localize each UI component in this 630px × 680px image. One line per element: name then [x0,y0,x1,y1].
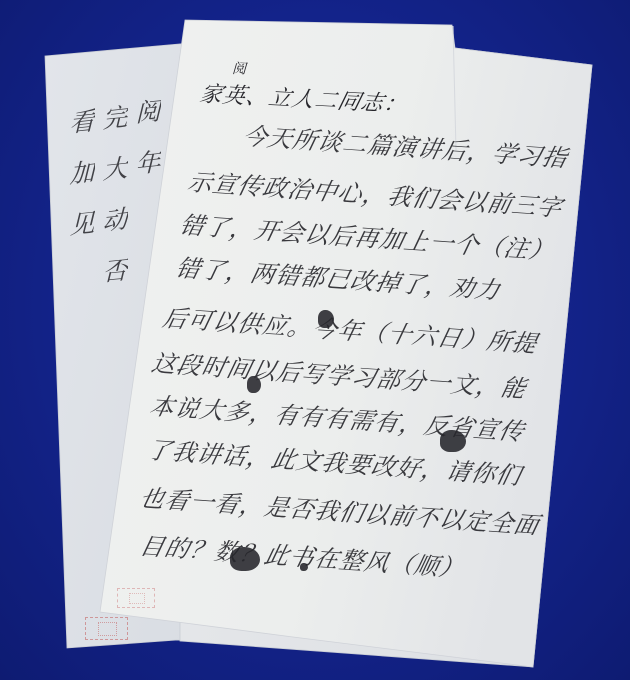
letter-line: 错了，两错都已改掉了，劝力 [173,256,502,302]
letter-salutation: 家英、立人二同志： [197,84,409,117]
ink-blot [247,376,261,393]
ink-blot [300,563,308,571]
letter-line: 这段时间以后写学习部分一文，能 [149,351,528,401]
letter-line: 本说大多，有有有需有，反省宣传 [147,394,526,444]
letter-line: 目的？数？此书在整风（顺） [137,534,466,580]
ink-blot [440,430,466,452]
ink-blot [230,547,260,571]
letter-line: 错了，开会以后再加上一个（注） [177,213,556,263]
letter-line: 示宣传政治中心，我们会以前三字 [185,170,564,220]
letter-text: 阅 家英、立人二同志： 今天所谈二篇演讲后，学习指 示宣传政治中心，我们会以前三… [0,0,630,680]
salutation-insertion: 阅 [232,62,246,76]
ink-blot [318,310,334,328]
letter-line: 今天所谈二篇演讲后，学习指 [240,124,569,170]
letter-line: 也看一看，是否我们以前不以定全面 [137,486,541,538]
letter-line: 后可以供应。今年（十六日）所提 [160,306,539,356]
letter-line: 了我讲话，此文我要改好，请你们 [144,438,523,488]
red-seal-stamp [117,588,155,608]
